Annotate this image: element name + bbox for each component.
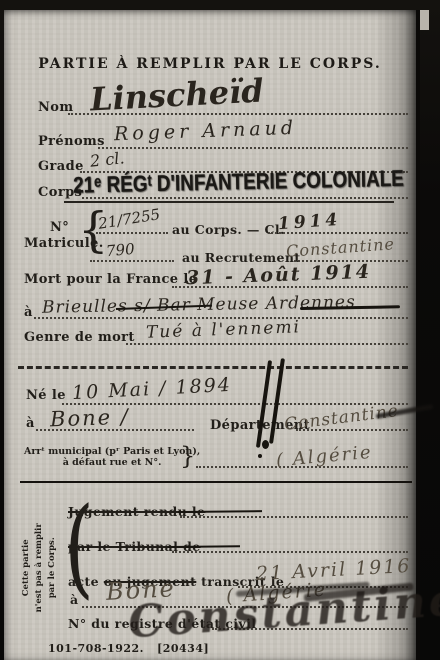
matricule-no-label: N° [50,220,69,235]
form-paper: PARTIE À REMPLIR PAR LE CORPS. Nom Linsc… [4,10,420,660]
transcrit-label-prefix: acte [68,574,104,589]
handwritten-lieu-naissance: Bone / [50,405,131,432]
section-divider-2 [20,481,412,483]
arrondissement-brace: } [180,444,195,468]
prenoms-label: Prénoms [38,134,105,149]
handwritten-classe: 1914 [277,210,342,234]
handwritten-ne-date: 10 Mai / 1894 [72,374,233,404]
genre-mort-dotted-line [126,343,408,345]
grade-label: Grade [38,159,84,174]
jugement-rendu-dotted-line [180,516,408,518]
handwritten-nom: Linscheïd [89,71,264,118]
lieu-naissance-a-label: à [26,416,35,431]
matricule-recrutement-dots-1 [90,260,174,262]
arrondissement-label: Arrᵗ municipal (pʳ Paris et Lyon), à déf… [24,446,200,469]
form-title: PARTIE À REMPLIR PAR LE CORPS. [4,56,416,72]
handwritten-recrutement-lieu: Constantine [285,234,395,261]
arrondissement-label-line2: à défaut rue et N°. [24,457,200,468]
regiment-stamp: 21ᵉ RÉGᵗ D'INFANTERIE COLONIALE [73,167,383,199]
genre-mort-label: Genre de mort [24,330,135,345]
marginal-note-line2: n'est pas à remplir [33,504,46,632]
scanned-military-record: { "header": { "title": "PARTIE À REMPLIR… [0,0,440,660]
au-corps-label: au Corps. — Cl. [172,222,285,237]
jugement-rendu-strike [178,510,262,513]
ink-dot [258,454,262,458]
lieu-mort-a-label: à [24,305,33,320]
au-recrutement-label: au Recrutement [182,250,301,265]
matricule-corps-dots-1 [96,232,168,234]
handwritten-mort-date: 31 - Août 1914 [186,261,372,289]
arrondissement-label-line1: Arrᵗ municipal (pʳ Paris et Lyon), [24,446,200,457]
handwritten-genre-mort: Tué à l'ennemi [146,317,302,342]
marginal-note-line1: Cette partie [20,504,33,632]
handwritten-prenoms: Roger Arnaud [114,117,298,145]
section-divider-1 [18,366,408,369]
ink-blob [262,440,269,449]
tribunal-dotted-line [172,551,408,553]
mort-label: Mort pour la France le [24,272,197,287]
ne-label: Né le [26,388,66,403]
transcrit-lieu-a-label: à [70,592,79,607]
marginal-note-line3: par le Corps. [47,504,60,632]
stamp-underline [64,201,394,203]
tribunal-strike [168,545,240,548]
handwritten-numero-recrutement: 790 [105,240,135,260]
prenoms-dotted-line [98,147,408,149]
lieu-mort-dotted-line [34,317,408,319]
marginal-note: Cette partie n'est pas à remplir par le … [20,504,60,632]
handwritten-grade: 2 cl. [89,148,125,170]
